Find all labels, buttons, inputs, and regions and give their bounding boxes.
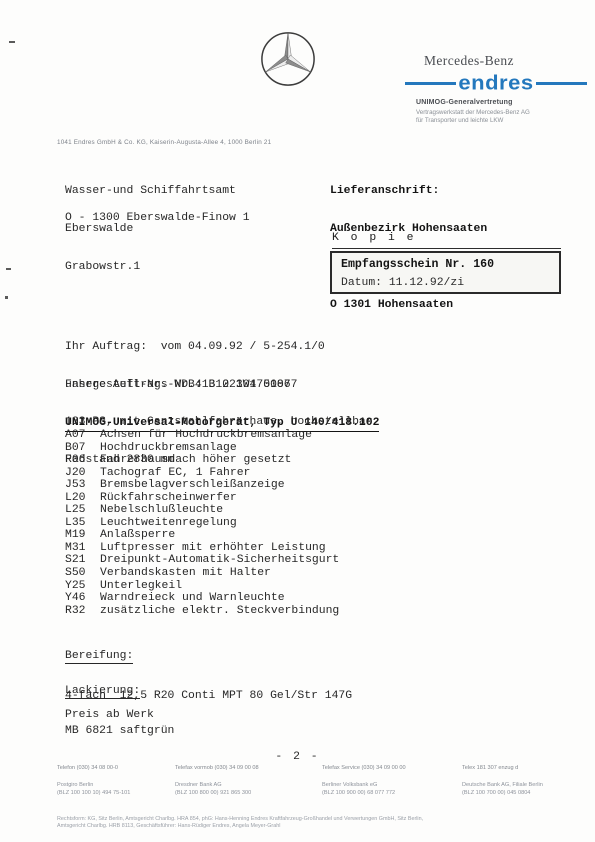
receipt-title: Empfangsschein Nr. 160 — [341, 259, 550, 272]
scan-artifact — [9, 41, 15, 43]
option-code: B07 — [65, 442, 100, 455]
option-code: J20 — [65, 467, 100, 480]
option-code: L20 — [65, 492, 100, 505]
dealer-subtitle-line1: Vertragswerkstatt der Mercedes-Benz AG — [416, 109, 530, 117]
footer-legal-line1: Rechtsform: KG, Sitz Berlin, Amtsgericht… — [57, 816, 562, 823]
footer-legal: Rechtsform: KG, Sitz Berlin, Amtsgericht… — [57, 816, 562, 830]
option-code: L25 — [65, 504, 100, 517]
footer-bank-account: (BLZ 100 700 00) 045 0804 — [462, 790, 572, 797]
footer-bank-account: (BLZ 100 900 00) 68 077 772 — [322, 790, 457, 797]
mercedes-star-icon — [259, 30, 317, 93]
footer-fax-service: Telefax Service (030) 34 09 00 00 — [322, 765, 457, 772]
option-desc: Verbandskasten mit Halter — [100, 567, 271, 580]
option-row: A07Achsen für Hochdruckbremsanlage — [65, 429, 339, 442]
scan-artifact — [5, 296, 8, 299]
option-row: S50Verbandskasten mit Halter — [65, 567, 339, 580]
chassis-number: Fahrgestell-Nr. WDB41B1021W175187 — [65, 379, 379, 392]
option-code: S21 — [65, 554, 100, 567]
option-desc: Fahrerhausdach höher gesetzt — [100, 454, 291, 467]
option-code: J53 — [65, 479, 100, 492]
option-code: R32 — [65, 605, 100, 618]
delivery-line: O 1301 Hohensaaten — [330, 299, 487, 312]
scanned-document-page: Mercedes-Benz endres UNIMOG-Generalvertr… — [0, 0, 595, 842]
your-order-line: Ihr Auftrag: vom 04.09.92 / 5-254.1/0 — [65, 341, 325, 354]
option-desc: Anlaßsperre — [100, 529, 175, 542]
footer-bank-name: Berliner Volksbank eG — [322, 782, 457, 789]
option-row: J20Tachograf EC, 1 Fahrer — [65, 467, 339, 480]
footer-bank-name: Postgiro Berlin — [57, 782, 172, 789]
option-code: S50 — [65, 567, 100, 580]
endres-logo: endres — [405, 72, 587, 94]
receipt-box: Empfangsschein Nr. 160 Datum: 11.12.92/z… — [330, 251, 561, 294]
recipient-city: O - 1300 Eberswalde-Finow 1 — [65, 212, 250, 225]
paint-heading: Lackierung: — [65, 685, 140, 699]
option-desc: Nebelschlußleuchte — [100, 504, 223, 517]
option-desc: Warndreieck und Warnleuchte — [100, 592, 285, 605]
recipient-line: Grabowstr.1 — [65, 261, 236, 274]
sender-return-address: 1041 Endres GmbH & Co. KG, Kaiserin-Augu… — [57, 139, 271, 146]
option-desc: Bremsbelagverschleißanzeige — [100, 479, 285, 492]
option-row: Y25Unterlegkeil — [65, 580, 339, 593]
dealer-subtitle: Vertragswerkstatt der Mercedes-Benz AG f… — [416, 109, 530, 125]
option-desc: Achsen für Hochdruckbremsanlage — [100, 429, 312, 442]
option-row: S21Dreipunkt-Automatik-Sicherheitsgurt — [65, 554, 339, 567]
footer-column-telefon: Telefon (030) 34 08 00-0 Postgiro Berlin… — [57, 765, 172, 797]
option-code: A07 — [65, 429, 100, 442]
option-desc: Tachograf EC, 1 Fahrer — [100, 467, 250, 480]
footer-column-telefax-1: Telefax vormob (030) 34 09 00 08 Dresdne… — [175, 765, 315, 797]
footer-phone: Telefon (030) 34 08 00-0 — [57, 765, 172, 772]
footer-fax: Telefax vormob (030) 34 09 00 08 — [175, 765, 315, 772]
option-row: F06Fahrerhausdach höher gesetzt — [65, 454, 339, 467]
option-code: F06 — [65, 454, 100, 467]
recipient-address: Wasser-und Schiffahrtsamt Eberswalde Gra… — [65, 160, 236, 299]
option-desc: Luftpresser mit erhöhter Leistung — [100, 542, 326, 555]
footer-legal-line2: Amtsgericht Charlbg. HRB 8113, Geschäfts… — [57, 823, 562, 830]
footer-bank-account: (BLZ 100 100 10) 494 75-101 — [57, 790, 172, 797]
option-row: R32zusätzliche elektr. Steckverbindung — [65, 605, 339, 618]
footer-telex: Telex 181 307 enzug d — [462, 765, 572, 772]
dealer-title: UNIMOG-Generalvertretung — [416, 99, 513, 106]
delivery-label: Lieferanschrift: — [330, 185, 487, 198]
endres-logo-line-right — [536, 82, 587, 85]
kopie-heading: K o p i e — [332, 232, 561, 249]
option-code: M31 — [65, 542, 100, 555]
scan-artifact — [6, 268, 11, 270]
option-row: L20Rückfahrscheinwerfer — [65, 492, 339, 505]
recipient-line: Wasser-und Schiffahrtsamt — [65, 185, 236, 198]
option-code: Y46 — [65, 592, 100, 605]
footer-bank-name: Dresdner Bank AG — [175, 782, 315, 789]
endres-logo-line-left — [405, 82, 456, 85]
price-note: Preis ab Werk — [65, 709, 154, 722]
page-number: - 2 - — [0, 751, 595, 764]
option-row: M19Anlaßsperre — [65, 529, 339, 542]
option-row: J53Bremsbelagverschleißanzeige — [65, 479, 339, 492]
option-desc: Dreipunkt-Automatik-Sicherheitsgurt — [100, 554, 339, 567]
option-row: L25Nebelschlußleuchte — [65, 504, 339, 517]
footer-column-telefax-2: Telefax Service (030) 34 09 00 00 Berlin… — [322, 765, 457, 797]
option-row: L35Leuchtweitenregelung — [65, 517, 339, 530]
endres-logo-text: endres — [458, 73, 533, 93]
recipient-line: Eberswalde — [65, 223, 236, 236]
option-code: L35 — [65, 517, 100, 530]
option-desc: Leuchtweitenregelung — [100, 517, 237, 530]
option-code: M19 — [65, 529, 100, 542]
option-desc: Rückfahrscheinwerfer — [100, 492, 237, 505]
receipt-date: Datum: 11.12.92/zi — [341, 277, 550, 290]
option-desc: Hochdruckbremsanlage — [100, 442, 237, 455]
option-desc: Unterlegkeil — [100, 580, 182, 593]
option-desc: zusätzliche elektr. Steckverbindung — [100, 605, 339, 618]
option-row: B07Hochdruckbremsanlage — [65, 442, 339, 455]
option-code-list: A07Achsen für Hochdruckbremsanlage B07Ho… — [65, 429, 339, 617]
brand-name: Mercedes-Benz — [424, 53, 514, 69]
footer-column-telex: Telex 181 307 enzug d Deutsche Bank AG, … — [462, 765, 572, 797]
footer-bank-name: Deutsche Bank AG, Filiale Berlin — [462, 782, 572, 789]
footer-bank-account: (BLZ 100 800 00) 921 865 300 — [175, 790, 315, 797]
option-code: Y25 — [65, 580, 100, 593]
paint-value: MB 6821 saftgrün — [65, 725, 174, 738]
option-row: M31Luftpresser mit erhöhter Leistung — [65, 542, 339, 555]
option-row: Y46Warndreieck und Warnleuchte — [65, 592, 339, 605]
spec-line: 133 PS, mit Ganzstahlfahrerhaus, hochste… — [65, 416, 373, 429]
dealer-subtitle-line2: für Transporter und leichte LKW — [416, 117, 530, 125]
